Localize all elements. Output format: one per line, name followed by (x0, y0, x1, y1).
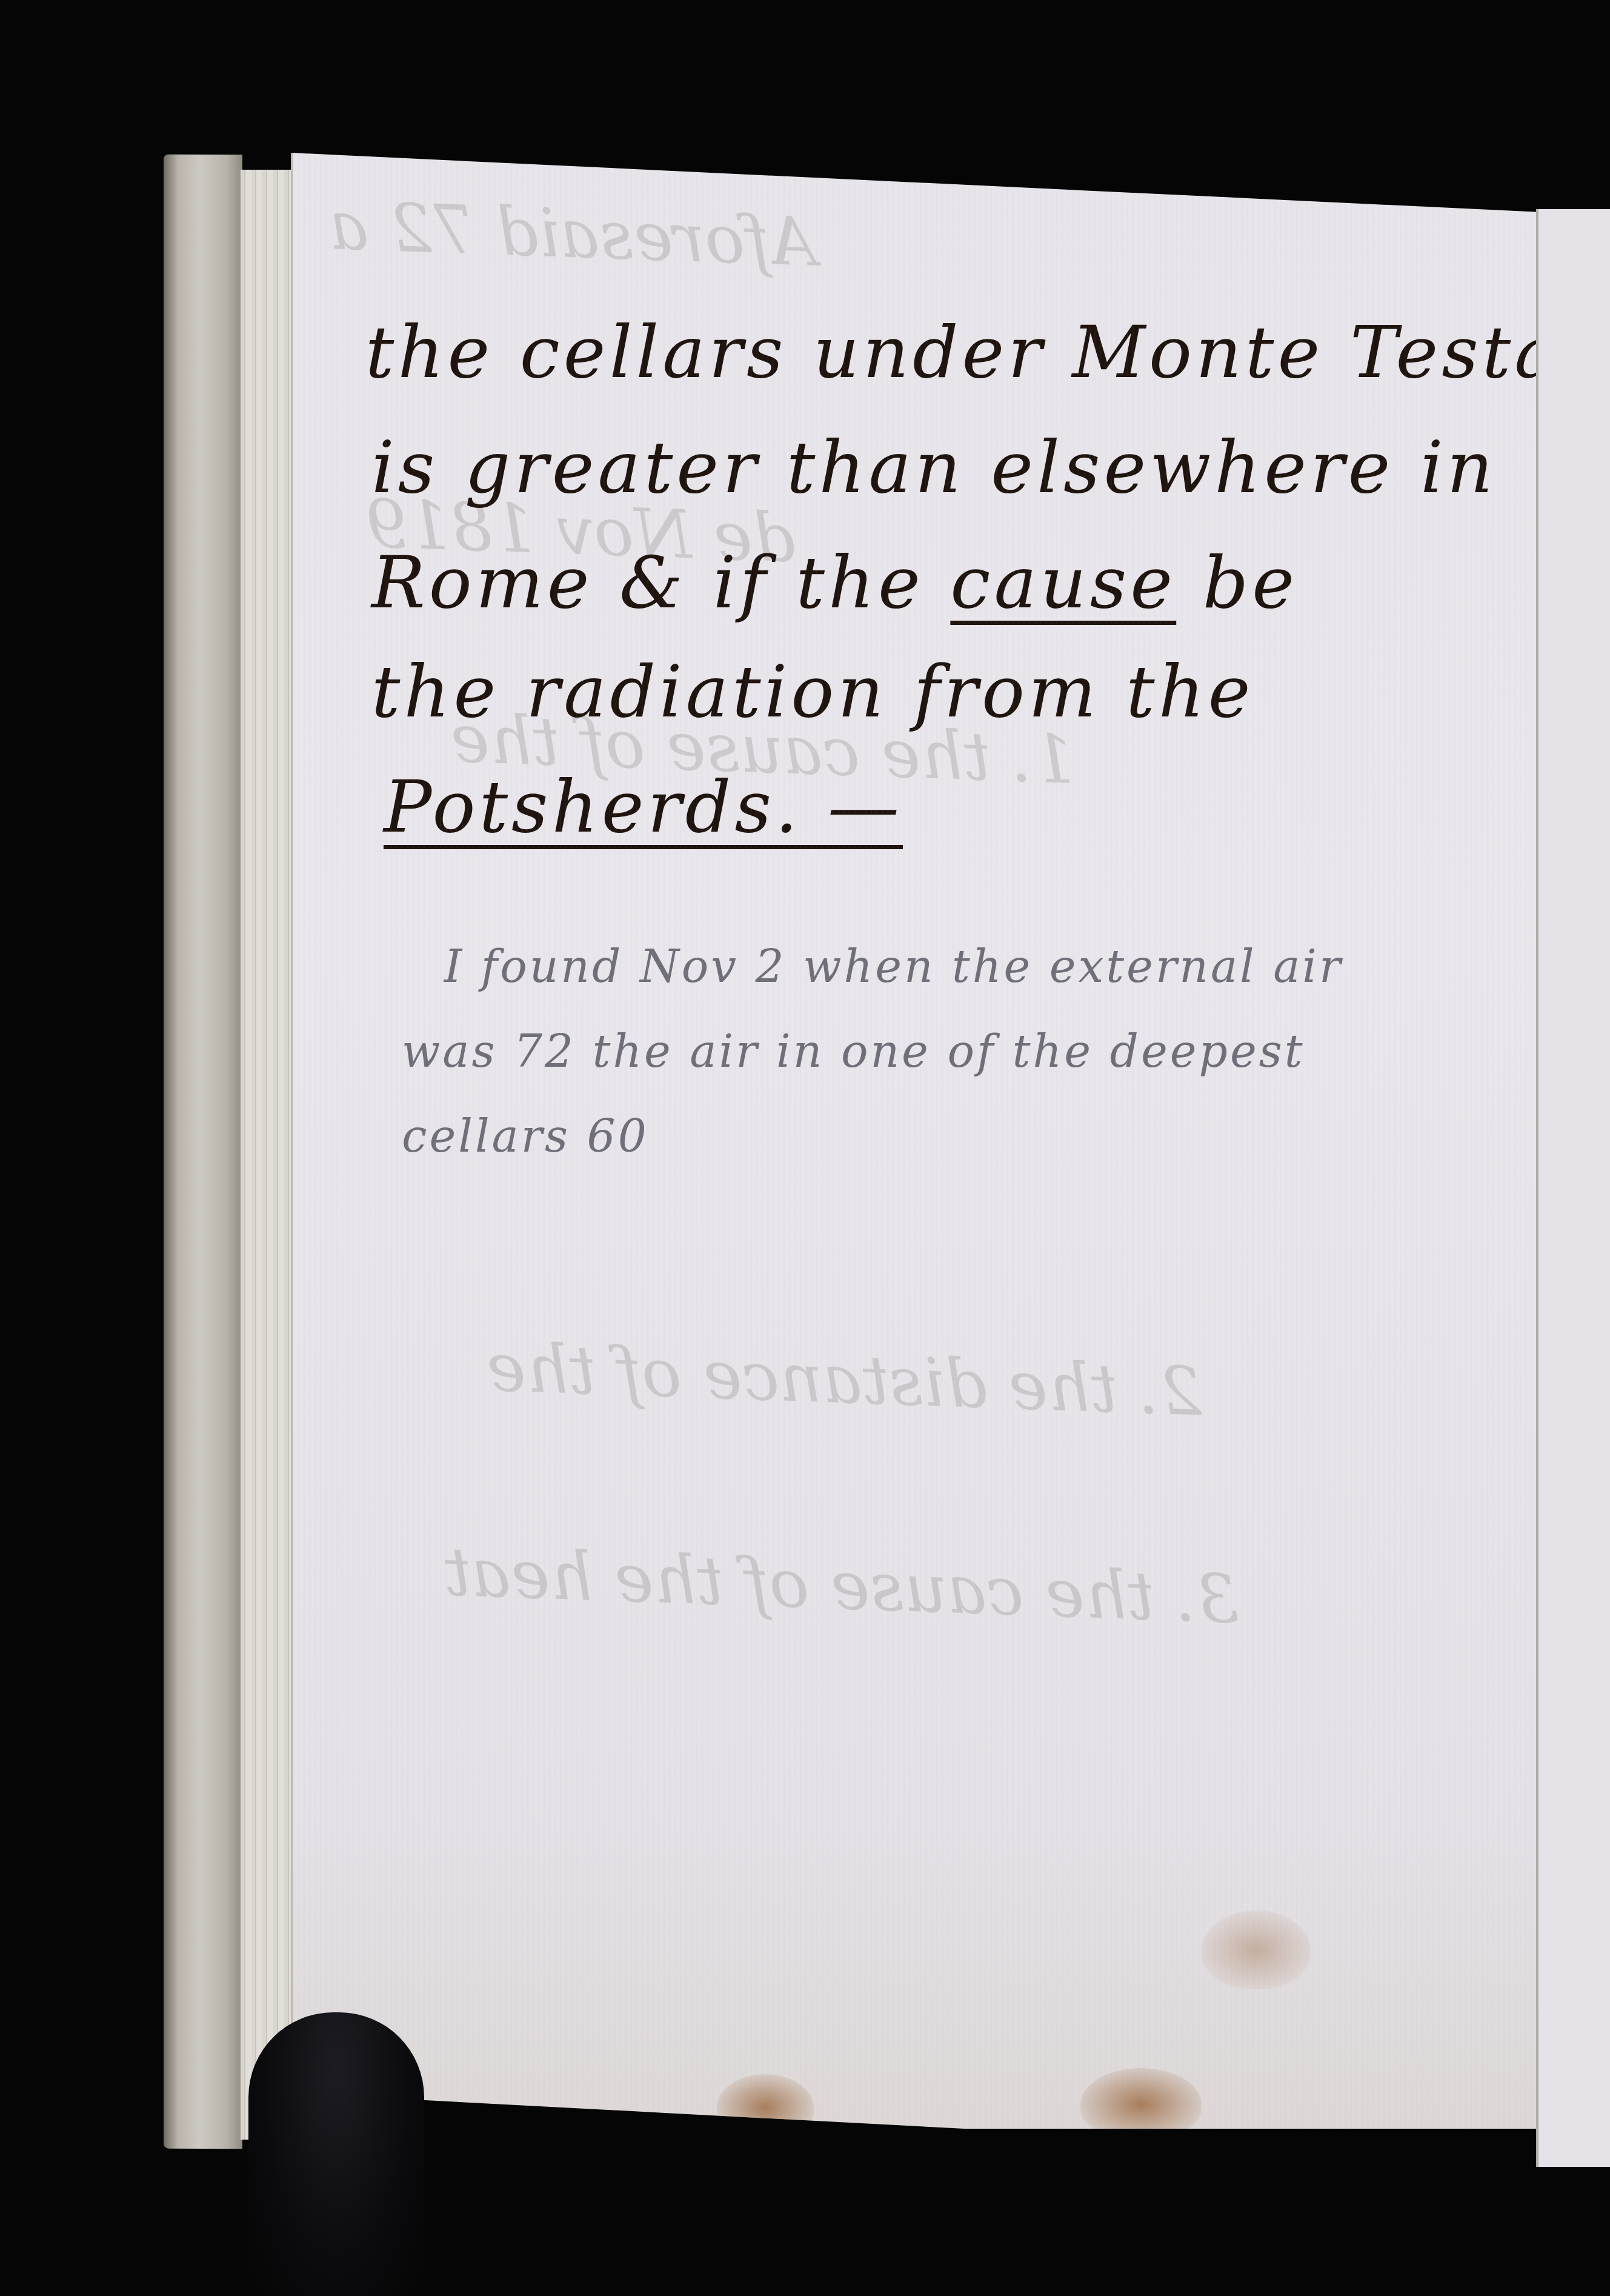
ink-line-5: Potsherds. — (384, 765, 903, 849)
gloved-thumb (248, 2012, 424, 2296)
ink-line-3: Rome & if the cause be (371, 541, 1298, 624)
ink-smudge (1202, 1911, 1311, 1989)
ink-text: be (1203, 541, 1298, 624)
pencil-line-3: cellars 60 (402, 1110, 649, 1163)
vellum-cover (164, 155, 242, 2149)
underlined-cause: cause (950, 541, 1176, 624)
show-through-text: 3. the cause of the heat (443, 1533, 1240, 1638)
ink-line-2: is greater than elsewhere in (371, 425, 1497, 509)
ink-line-4: the radiation from the (371, 650, 1254, 733)
ink-text: Rome & if the (371, 541, 924, 624)
notebook-page: Aforesaid 72 a de Nov 1819 1. the cause … (291, 153, 1538, 2129)
pencil-line-1: I found Nov 2 when the external air (444, 941, 1343, 993)
water-stain (1080, 2068, 1202, 2141)
pencil-line-2: was 72 the air in one of the deepest (402, 1026, 1305, 1078)
water-stain (717, 2074, 814, 2141)
show-through-text: 2. the distance of the (485, 1328, 1203, 1430)
underlined-potsherds: Potsherds. — (384, 765, 903, 849)
page-edges (239, 170, 295, 2140)
show-through-text: Aforesaid 72 a (328, 187, 818, 281)
ink-line-1: the cellars under Monte Testaccio (365, 310, 1610, 394)
facing-page-edge (1536, 209, 1610, 2167)
